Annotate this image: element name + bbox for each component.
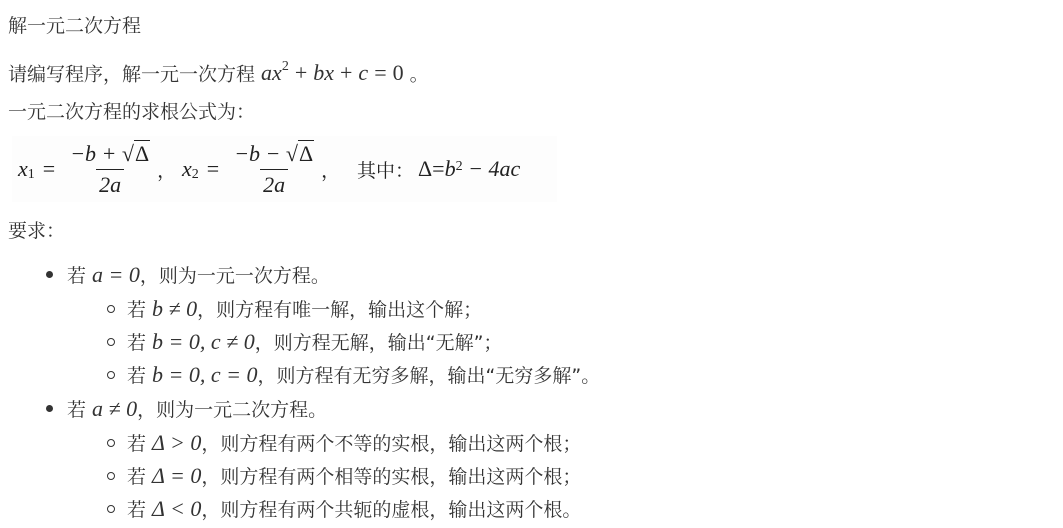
coef-a: a: [261, 60, 272, 85]
intro-suffix: 。: [404, 63, 429, 85]
prefix: 若: [127, 365, 152, 387]
condition-text: ，则方程无解，输出“无解”；: [255, 332, 503, 354]
condition-math: Δ > 0: [152, 430, 201, 455]
equals-sign: =: [432, 156, 444, 182]
separator: ，: [157, 156, 176, 183]
plus-sign: +: [340, 60, 352, 85]
equals-sign: =: [207, 156, 219, 182]
separator: ，: [321, 156, 340, 183]
list-item-text: 若 a = 0，则为一元一次方程。: [67, 258, 600, 293]
x2-denominator: 2a: [260, 169, 288, 198]
x1-numerator: −b + √Δ: [67, 141, 153, 169]
condition-text: ，则为一元一次方程。: [140, 265, 330, 287]
prefix: 若: [67, 265, 92, 287]
intro-prefix: 请编写程序，解一元一次方程: [8, 63, 261, 85]
x2-subscript: 2: [192, 167, 199, 183]
list-item: 若 b = 0, c = 0，则方程有无穷多解，输出“无穷多解”。: [67, 359, 600, 392]
zero: 0: [393, 60, 404, 85]
numerator-prefix: −b −: [234, 141, 286, 166]
condition-math: b = 0, c ≠ 0: [152, 329, 255, 354]
circle-bullet-icon: [107, 505, 115, 513]
numerator-prefix: −b +: [70, 141, 122, 166]
formula-intro: 一元二次方程的求根公式为：: [8, 99, 255, 125]
x1-fraction: −b + √Δ 2a: [67, 141, 153, 198]
sqrt-delta: √Δ: [122, 141, 150, 167]
bullet-icon: [46, 271, 53, 278]
sqrt-icon: √: [122, 141, 134, 166]
circle-bullet-icon: [107, 338, 115, 346]
condition-text: ，则为一元二次方程。: [137, 399, 327, 421]
list-item: 若 a ≠ 0，则为一元二次方程。 若 Δ > 0，则方程有两个不等的实根，输出…: [0, 392, 600, 526]
x2-formula: x2 = −b − √Δ 2a ，: [182, 136, 340, 202]
bullet-icon: [46, 405, 53, 412]
x1-var: x: [18, 156, 28, 182]
circle-bullet-icon: [107, 439, 115, 447]
circle-bullet-icon: [107, 371, 115, 379]
prefix: 若: [67, 399, 92, 421]
condition-math: Δ = 0: [152, 463, 201, 488]
list-item: 若 Δ < 0，则方程有两个共轭的虚根，输出这两个根。: [67, 493, 600, 526]
circle-bullet-icon: [107, 472, 115, 480]
condition-text: ，则方程有两个相等的实根，输出这两个根；: [201, 466, 581, 488]
list-item: 若 b ≠ 0，则方程有唯一解，输出这个解；: [67, 293, 600, 326]
condition-math: a ≠ 0: [92, 396, 137, 421]
sqrt-delta: √Δ: [286, 141, 314, 167]
circle-bullet-icon: [107, 305, 115, 313]
exponent: 2: [456, 159, 463, 175]
list-item: 若 a = 0，则为一元一次方程。 若 b ≠ 0，则方程有唯一解，输出这个解；…: [0, 258, 600, 392]
condition-math: a = 0: [92, 262, 140, 287]
condition-text: ，则方程有无穷多解，输出“无穷多解”。: [258, 365, 601, 387]
delta-definition: 其中： Δ= b2 − 4ac: [357, 136, 520, 202]
list-item: 若 Δ > 0，则方程有两个不等的实根，输出这两个根；: [67, 427, 600, 460]
sub-list: 若 b ≠ 0，则方程有唯一解，输出这个解； 若 b = 0, c ≠ 0，则方…: [67, 293, 600, 392]
delta: Δ: [418, 156, 432, 182]
requirements-list: 若 a = 0，则为一元一次方程。 若 b ≠ 0，则方程有唯一解，输出这个解；…: [0, 258, 600, 526]
x1-formula: x1 = −b + √Δ 2a ，: [18, 136, 176, 202]
condition-text: ，则方程有两个不等的实根，输出这两个根；: [201, 433, 581, 455]
x2-var: x: [182, 156, 192, 182]
quadratic-formula-image: x1 = −b + √Δ 2a ， x2 = −b − √Δ 2a ， 其中： …: [12, 136, 557, 202]
condition-math: Δ < 0: [152, 496, 201, 521]
condition-text: ，则方程有唯一解，输出这个解；: [197, 299, 482, 321]
list-item: 若 Δ = 0，则方程有两个相等的实根，输出这两个根；: [67, 460, 600, 493]
var-x: x: [272, 60, 282, 85]
x1-subscript: 1: [28, 167, 35, 183]
x1-denominator: 2a: [96, 169, 124, 198]
x2-numerator: −b − √Δ: [231, 141, 317, 169]
problem-title: 解一元二次方程: [8, 13, 141, 39]
list-item-text: 若 a ≠ 0，则为一元二次方程。: [67, 392, 600, 427]
prefix: 若: [127, 466, 152, 488]
intro-paragraph: 请编写程序，解一元一次方程 ax2+bx+c=0 。: [8, 56, 429, 87]
list-item: 若 b = 0, c ≠ 0，则方程无解，输出“无解”；: [67, 326, 600, 359]
requirements-label: 要求：: [8, 218, 65, 244]
prefix: 若: [127, 499, 152, 521]
exponent: 2: [282, 59, 289, 74]
var-b: b: [445, 156, 456, 182]
coef-b: b: [313, 60, 324, 85]
equals-sign: =: [374, 60, 386, 85]
where-label: 其中：: [357, 156, 414, 183]
sub-list: 若 Δ > 0，则方程有两个不等的实根，输出这两个根； 若 Δ = 0，则方程有…: [67, 427, 600, 526]
coef-c: c: [358, 60, 368, 85]
x2-fraction: −b − √Δ 2a: [231, 141, 317, 198]
condition-text: ，则方程有两个共轭的虚根，输出这两个根。: [201, 499, 581, 521]
prefix: 若: [127, 332, 152, 354]
problem-statement: 解一元二次方程 请编写程序，解一元一次方程 ax2+bx+c=0 。 一元二次方…: [0, 0, 1063, 528]
condition-math: b ≠ 0: [152, 296, 197, 321]
prefix: 若: [127, 299, 152, 321]
equals-sign: =: [43, 156, 55, 182]
var-x: x: [324, 60, 334, 85]
delta: Δ: [298, 140, 314, 166]
prefix: 若: [127, 433, 152, 455]
quadratic-equation: ax2+bx+c=0: [261, 60, 404, 85]
condition-math: b = 0, c = 0: [152, 362, 257, 387]
sqrt-icon: √: [286, 141, 298, 166]
minus-4ac: − 4ac: [463, 156, 521, 182]
delta: Δ: [134, 140, 150, 166]
plus-sign: +: [295, 60, 307, 85]
